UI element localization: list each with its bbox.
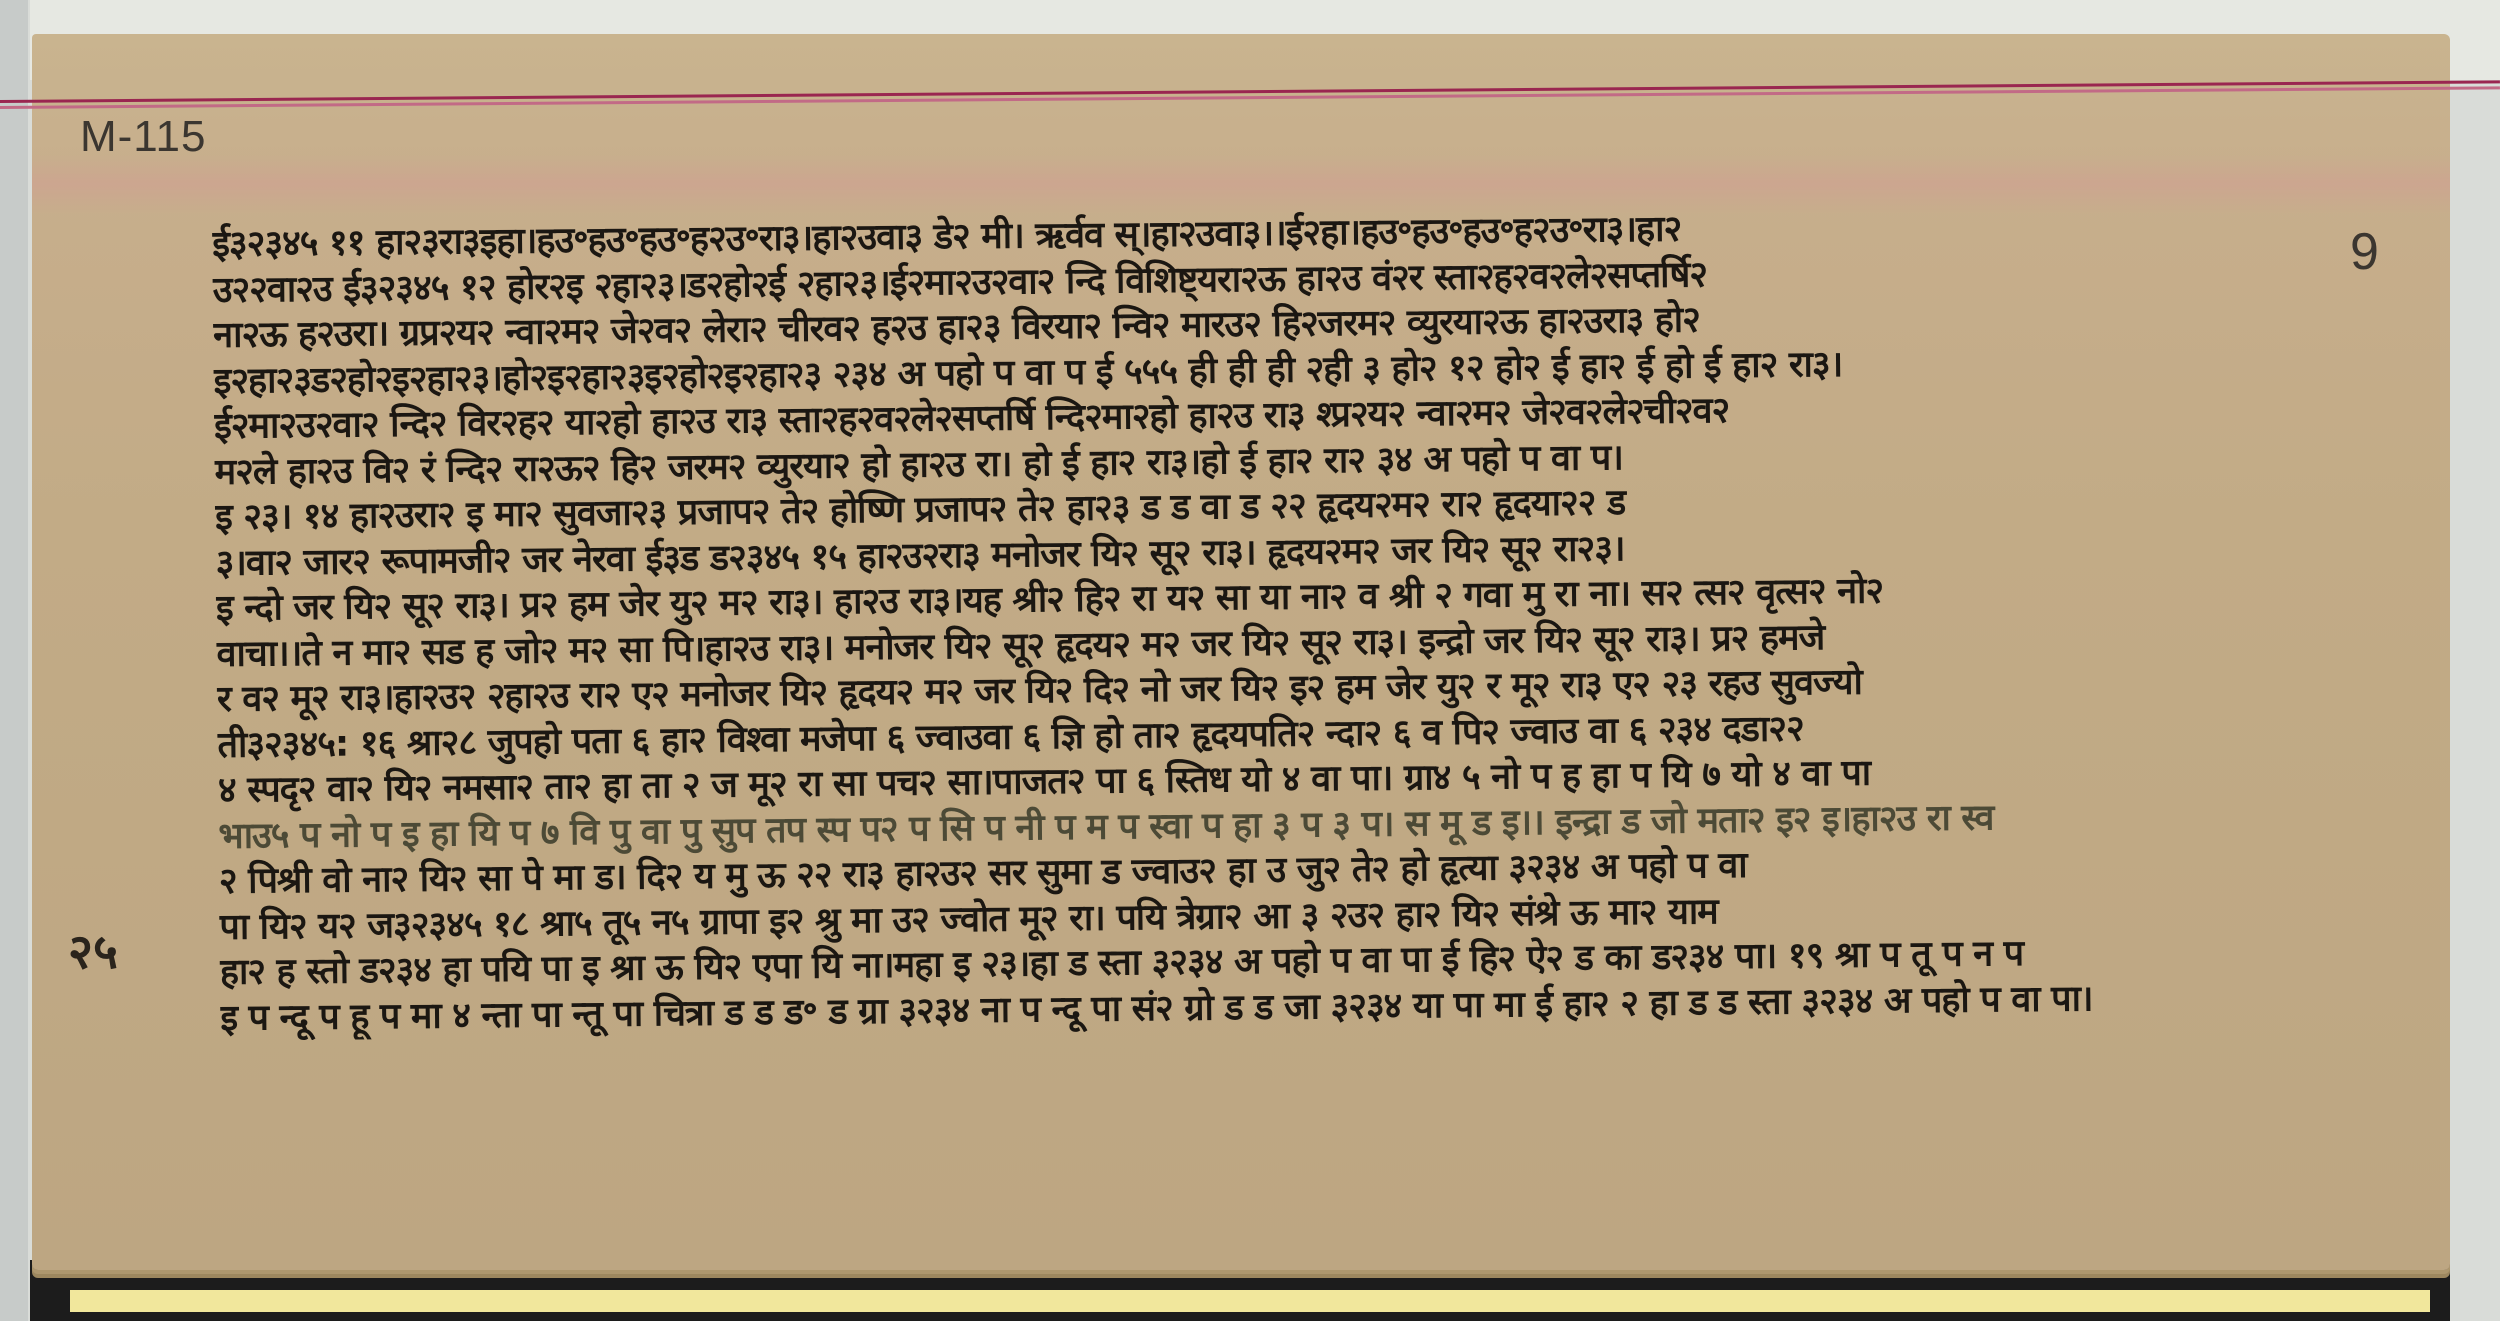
scanner-edge-strip [0,0,28,1321]
manuscript-folio: ई३२३४५ ११ हा२३रा३इहा।हउ॰हउ॰हउ॰ह२उ॰रा३।हा… [32,34,2450,1270]
margin-number: २५ [68,918,118,983]
yellow-backing-sheet [70,1290,2430,1312]
manuscript-text-block: ई३२३४५ ११ हा२३रा३इहा।हउ॰हउ॰हउ॰ह२उ॰रा३।हा… [212,199,2410,1041]
catalog-label: M-115 [80,112,206,162]
folio-number: 9 [2350,222,2379,282]
